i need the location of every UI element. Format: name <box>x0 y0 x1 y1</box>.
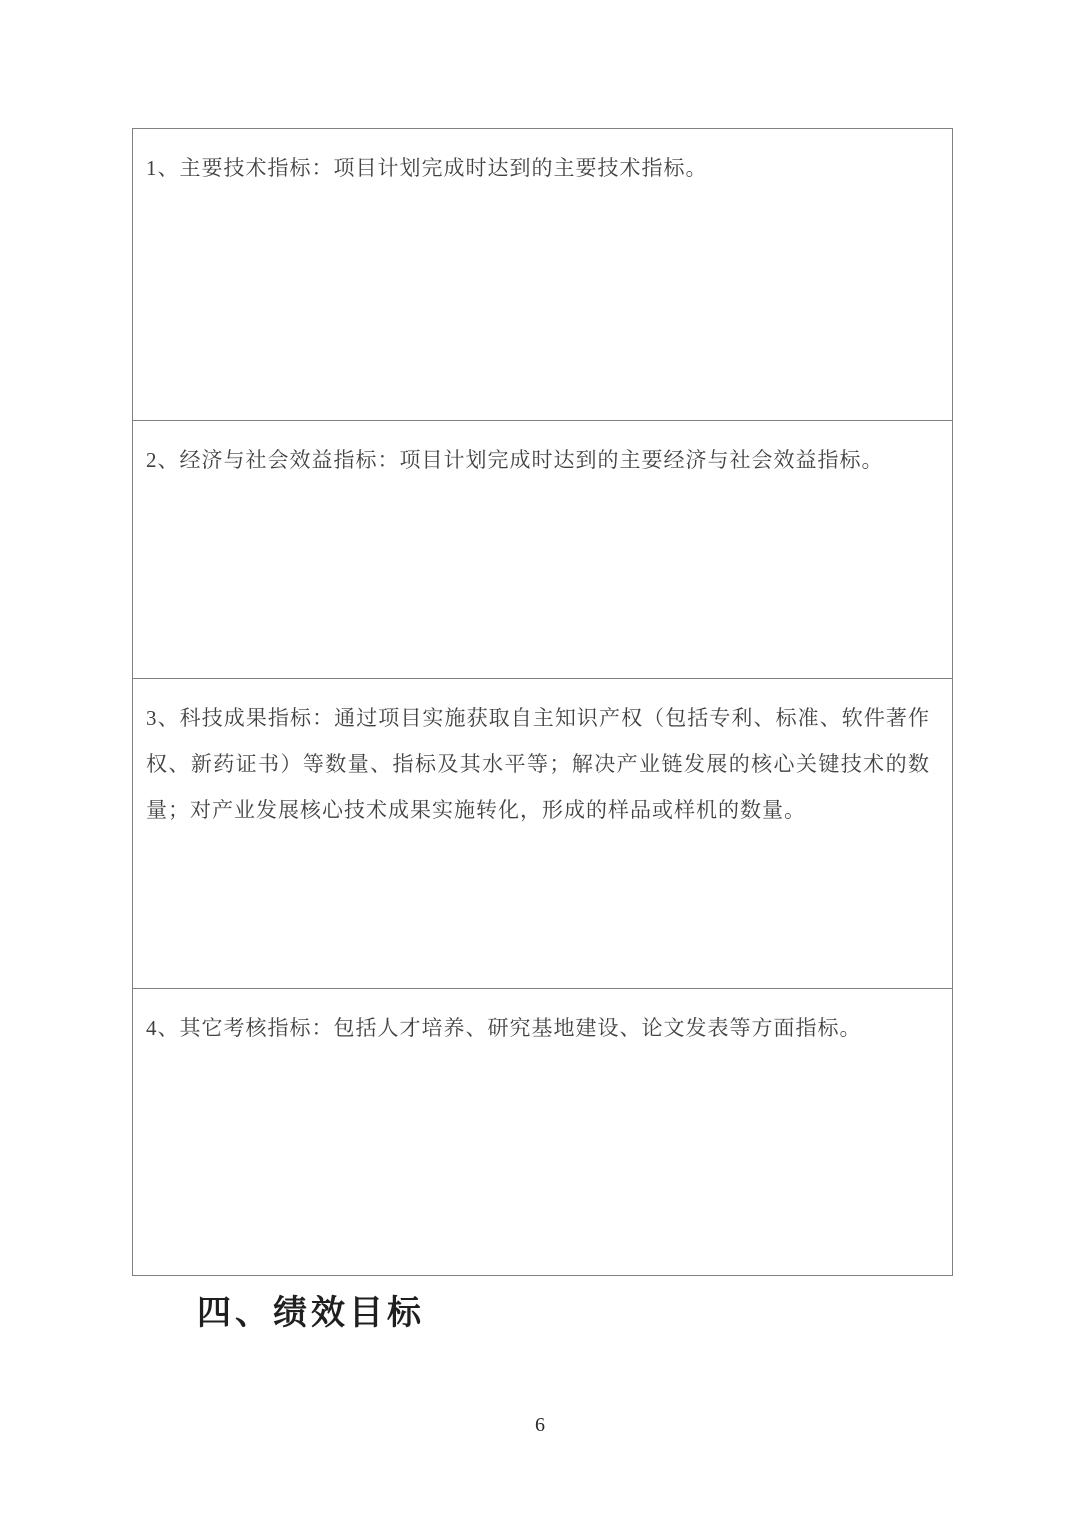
indicators-table: 1、主要技术指标：项目计划完成时达到的主要技术指标。 2、经济与社会效益指标：项… <box>132 128 953 1276</box>
indicator-text: 4、其它考核指标：包括人才培养、研究基地建设、论文发表等方面指标。 <box>146 1016 862 1040</box>
document-page: 1、主要技术指标：项目计划完成时达到的主要技术指标。 2、经济与社会效益指标：项… <box>0 0 1080 1527</box>
indicator-text: 2、经济与社会效益指标：项目计划完成时达到的主要经济与社会效益指标。 <box>146 448 884 472</box>
table-row-scientific-achievement-indicators: 3、科技成果指标：通过项目实施获取自主知识产权（包括专利、标准、软件著作权、新药… <box>133 678 952 988</box>
table-row-economic-social-benefit-indicators: 2、经济与社会效益指标：项目计划完成时达到的主要经济与社会效益指标。 <box>133 420 952 678</box>
section-heading-performance-goals: 四、绩效目标 <box>197 1285 425 1334</box>
indicator-text: 1、主要技术指标：项目计划完成时达到的主要技术指标。 <box>146 156 708 180</box>
page-number: 6 <box>0 1414 1080 1437</box>
indicator-text: 3、科技成果指标：通过项目实施获取自主知识产权（包括专利、标准、软件著作权、新药… <box>146 706 930 822</box>
table-row-other-assessment-indicators: 4、其它考核指标：包括人才培养、研究基地建设、论文发表等方面指标。 <box>133 988 952 1275</box>
table-row-main-technical-indicators: 1、主要技术指标：项目计划完成时达到的主要技术指标。 <box>133 129 952 420</box>
